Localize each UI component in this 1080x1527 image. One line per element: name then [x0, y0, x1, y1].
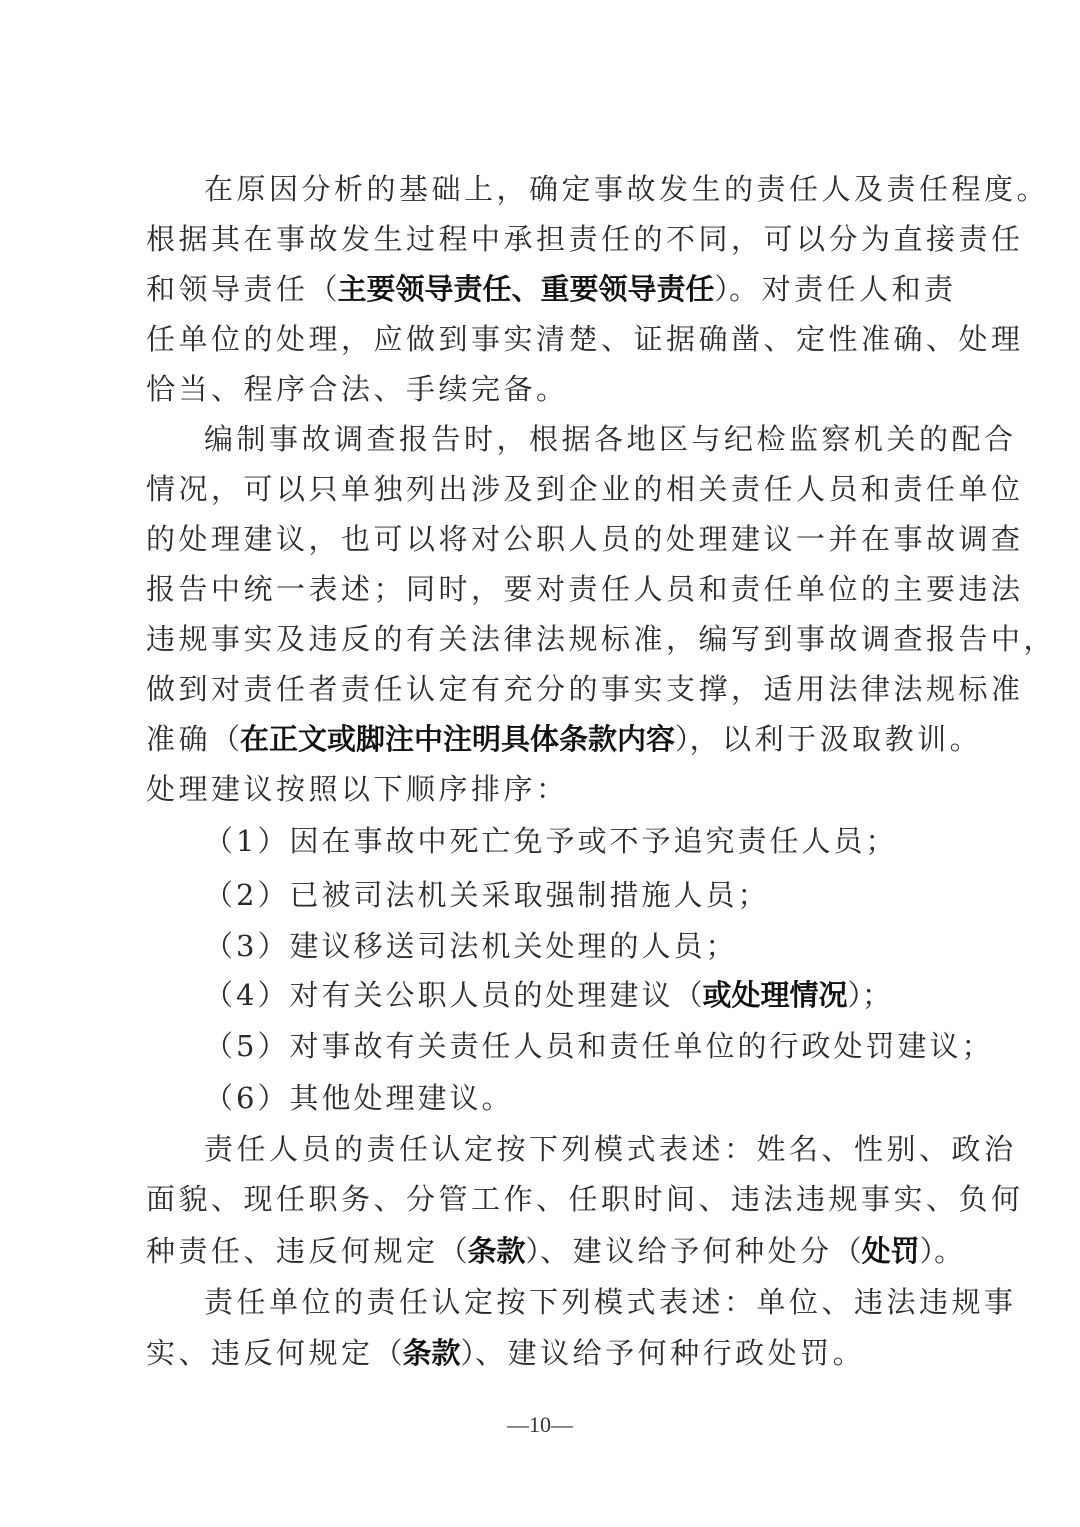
text-segment: 在原因分析的基础上，确定事故发生的责任人及责任程度。: [204, 172, 1049, 206]
paragraph-line: 做到对责任者责任认定有充分的事实支撑，适用法律法规标准: [146, 664, 946, 714]
paragraph-line: 在原因分析的基础上，确定事故发生的责任人及责任程度。: [204, 164, 1004, 214]
text-segment: （4）对有关公职人员的处理建议: [204, 978, 673, 1012]
text-segment: （6）其他处理建议。: [204, 1081, 513, 1115]
text-segment: （: [211, 722, 240, 756]
text-segment: 种责任、违反何规定: [146, 1234, 439, 1268]
bold-text: 处罚: [862, 1234, 920, 1268]
text-segment: （2）已被司法机关采取强制措施人员；: [204, 878, 769, 912]
text-segment: （3）建议移送司法机关处理的人员；: [204, 929, 737, 963]
order-list-item: （4）对有关公职人员的处理建议（或处理情况）；: [204, 970, 1004, 1020]
text-segment: 情况，可以只单独列出涉及到企业的相关责任人员和责任单位: [146, 472, 1024, 506]
text-segment: 处理建议按照以下顺序排序：: [146, 772, 569, 806]
page-number: —10—: [0, 1412, 1080, 1438]
bold-text: 或处理情况: [702, 978, 847, 1012]
text-segment: 恰当、程序合法、手续完备。: [146, 372, 569, 406]
text-segment: 。: [934, 1234, 967, 1268]
text-segment: （: [673, 978, 702, 1012]
paragraph-line: 种责任、违反何规定（条款）、建议给予何种处分（处罚）。: [146, 1226, 946, 1276]
text-segment: 实、违反何规定: [146, 1336, 374, 1370]
paragraph-line: 责任人员的责任认定按下列模式表述：姓名、性别、政治: [204, 1124, 1004, 1174]
text-segment: 责任单位的责任认定按下列模式表述：单位、违法违规事: [204, 1285, 1017, 1319]
text-segment: 责任人员的责任认定按下列模式表述：姓名、性别、政治: [204, 1132, 1017, 1166]
text-segment: （: [833, 1234, 862, 1268]
order-list-item: （3）建议移送司法机关处理的人员；: [204, 921, 1004, 971]
document-page: 在原因分析的基础上，确定事故发生的责任人及责任程度。根据其在事故发生过程中承担责…: [0, 0, 1080, 1527]
paragraph-line: 实、违反何规定（条款）、建议给予何种行政处罚。: [146, 1328, 946, 1378]
bold-text: 条款: [403, 1336, 461, 1370]
text-segment: ；: [862, 978, 894, 1012]
paragraph-line: 根据其在事故发生过程中承担责任的不同，可以分为直接责任: [146, 214, 946, 264]
text-segment: ）: [847, 978, 862, 1012]
text-segment: 做到对责任者责任认定有充分的事实支撑，适用法律法规标准: [146, 672, 1024, 706]
paragraph-line: 的处理建议，也可以将对公职人员的处理建议一并在事故调查: [146, 514, 946, 564]
order-list-item: （5）对事故有关责任人员和责任单位的行政处罚建议；: [204, 1021, 1004, 1071]
text-segment: 、建议给予何种行政处罚。: [475, 1336, 865, 1370]
text-segment: 根据其在事故发生过程中承担责任的不同，可以分为直接责任: [146, 222, 1024, 256]
text-segment: 的处理建议，也可以将对公职人员的处理建议一并在事故调查: [146, 522, 1024, 556]
text-segment: 。对责任人和责: [729, 272, 957, 306]
paragraph-line: 情况，可以只单独列出涉及到企业的相关责任人员和责任单位: [146, 464, 946, 514]
paragraph-line: 处理建议按照以下顺序排序：: [146, 764, 946, 814]
text-segment: （: [374, 1336, 403, 1370]
text-segment: （5）对事故有关责任人员和责任单位的行政处罚建议；: [204, 1029, 993, 1063]
text-segment: 、建议给予何种处分: [540, 1234, 833, 1268]
paragraph-line: 报告中统一表述；同时，要对责任人员和责任单位的主要违法: [146, 564, 946, 614]
text-segment: ）: [526, 1234, 541, 1268]
text-segment: ）: [715, 272, 730, 306]
text-segment: 准确: [146, 722, 211, 756]
paragraph-line: 责任单位的责任认定按下列模式表述：单位、违法违规事: [204, 1277, 1004, 1327]
text-segment: 任单位的处理，应做到事实清楚、证据确凿、定性准确、处理: [146, 322, 1024, 356]
order-list-item: （6）其他处理建议。: [204, 1073, 1004, 1123]
text-segment: （: [439, 1234, 468, 1268]
text-segment: 违规事实及违反的有关法律法规标准，编写到事故调查报告中，: [146, 622, 1056, 656]
order-list-item: （1）因在事故中死亡免予或不予追究责任人员；: [204, 816, 1004, 866]
order-list-item: （2）已被司法机关采取强制措施人员；: [204, 870, 1004, 920]
paragraph-line: 恰当、程序合法、手续完备。: [146, 364, 946, 414]
text-segment: ，以利于汲取教训。: [690, 722, 983, 756]
bold-text: 条款: [468, 1234, 526, 1268]
bold-text: 在正文或脚注中注明具体条款内容: [240, 722, 675, 756]
paragraph-line: 准确（在正文或脚注中注明具体条款内容），以利于汲取教训。: [146, 714, 946, 764]
text-segment: ）: [461, 1336, 476, 1370]
text-segment: 和领导责任: [146, 272, 309, 306]
text-segment: 编制事故调查报告时，根据各地区与纪检监察机关的配合: [204, 422, 1017, 456]
text-segment: 报告中统一表述；同时，要对责任人员和责任单位的主要违法: [146, 572, 1024, 606]
text-segment: ）: [920, 1234, 935, 1268]
text-segment: （: [309, 272, 338, 306]
paragraph-line: 违规事实及违反的有关法律法规标准，编写到事故调查报告中，: [146, 614, 946, 664]
paragraph-line: 面貌、现任职务、分管工作、任职时间、违法违规事实、负何: [146, 1174, 946, 1224]
bold-text: 主要领导责任、重要领导责任: [338, 272, 715, 306]
paragraph-line: 任单位的处理，应做到事实清楚、证据确凿、定性准确、处理: [146, 314, 946, 364]
paragraph-line: 和领导责任（主要领导责任、重要领导责任）。对责任人和责: [146, 264, 946, 314]
text-segment: ）: [675, 722, 690, 756]
text-segment: 面貌、现任职务、分管工作、任职时间、违法违规事实、负何: [146, 1182, 1024, 1216]
text-segment: （1）因在事故中死亡免予或不予追究责任人员；: [204, 824, 897, 858]
paragraph-line: 编制事故调查报告时，根据各地区与纪检监察机关的配合: [204, 414, 1004, 464]
